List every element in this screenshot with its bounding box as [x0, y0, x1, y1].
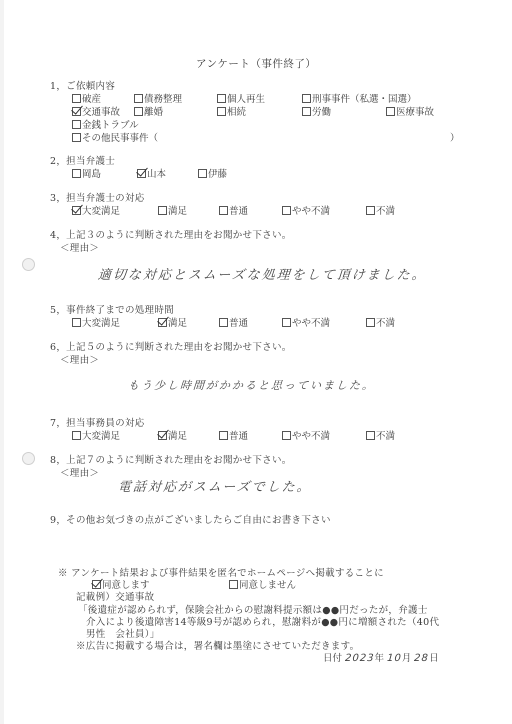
date-month[interactable]: 10: [387, 652, 403, 666]
q1-label: 1，ご依頼内容: [50, 81, 115, 93]
checkbox: [219, 431, 228, 440]
checkbox: [282, 318, 291, 327]
q7-option-neutral[interactable]: 普通: [219, 431, 248, 443]
date-year-unit: 年: [375, 653, 385, 664]
example-line-2: 介入により後遺障害14等級9号が認められ，慰謝料が●●円に増額された（40代: [86, 617, 439, 629]
q4-handwritten-answer[interactable]: 適切な対応とスムーズな処理をして頂けました。: [97, 264, 427, 283]
checkbox: [302, 94, 311, 103]
date-day[interactable]: 28: [414, 652, 430, 666]
q7-option-very-satisfied[interactable]: 大変満足: [72, 431, 120, 443]
q1-option-money[interactable]: 金銭トラブル: [72, 120, 139, 132]
q4-reason-label: ＜理由＞: [60, 243, 99, 255]
checkbox: [219, 318, 228, 327]
checkbox: [72, 169, 81, 178]
q3-option-somewhat-dissatisfied[interactable]: やや不満: [282, 206, 330, 218]
checkbox: [134, 94, 143, 103]
checkbox-checked: [72, 107, 81, 116]
date-label: 日付: [323, 653, 342, 664]
q5-option-dissatisfied[interactable]: 不満: [366, 318, 395, 330]
checkbox: [72, 120, 81, 129]
example-heading: 記載例）交通事故: [76, 592, 154, 604]
ad-note: ※広告に掲載する場合は，署名欄は墨塗にさせていただきます。: [76, 641, 359, 653]
q7-option-dissatisfied[interactable]: 不満: [366, 431, 395, 443]
date-row: 日付 2023年 10月 28日: [323, 652, 439, 666]
date-year[interactable]: 2023: [345, 652, 375, 666]
q2-label: 2，担当弁護士: [50, 156, 115, 168]
q1-other-close-paren: ）: [450, 133, 460, 145]
checkbox: [72, 133, 81, 142]
checkbox: [366, 318, 375, 327]
q1-option-divorce[interactable]: 離婚: [134, 107, 163, 119]
checkbox: [386, 107, 395, 116]
checkbox-checked: [72, 206, 81, 215]
q8-reason-label: ＜理由＞: [60, 468, 99, 480]
q9-label: 9，その他お気づきの点がございましたらご自由にお書き下さい: [50, 515, 331, 527]
checkbox: [72, 94, 81, 103]
q7-option-somewhat-dissatisfied[interactable]: やや不満: [282, 431, 330, 443]
q3-option-very-satisfied[interactable]: 大変満足: [72, 206, 120, 218]
q1-option-debt[interactable]: 債務整理: [134, 94, 182, 106]
q1-option-labor[interactable]: 労働: [302, 107, 331, 119]
page-title: アンケート（事件終了）: [196, 56, 316, 71]
q2-option-okajima[interactable]: 岡島: [72, 169, 101, 181]
example-line-1: 「後遺症が認められず，保険会社からの慰謝料提示額は●●円だったが，弁護士: [78, 605, 428, 617]
q1-option-other[interactable]: その他民事事件（: [72, 133, 158, 145]
punch-hole: [22, 258, 35, 271]
q5-option-neutral[interactable]: 普通: [219, 318, 248, 330]
checkbox: [198, 169, 207, 178]
q2-option-yamamoto[interactable]: 山本: [137, 169, 166, 181]
q3-option-dissatisfied[interactable]: 不満: [366, 206, 395, 218]
checkbox: [229, 580, 238, 589]
q5-option-very-satisfied[interactable]: 大変満足: [72, 318, 120, 330]
checkbox: [366, 206, 375, 215]
consent-option-disagree[interactable]: 同意しません: [229, 580, 296, 592]
checkbox: [72, 318, 81, 327]
consent-option-agree[interactable]: 同意します: [92, 580, 150, 592]
checkbox: [282, 206, 291, 215]
q4-label: 4，上記３のように判断された理由をお聞かせ下さい。: [50, 230, 292, 242]
checkbox-checked: [137, 169, 146, 178]
checkbox: [72, 431, 81, 440]
checkbox: [158, 206, 167, 215]
checkbox-checked: [158, 431, 167, 440]
checkbox-checked: [158, 318, 167, 327]
q6-label: 6，上記５のように判断された理由をお聞かせ下さい。: [50, 342, 292, 354]
q2-option-ito[interactable]: 伊藤: [198, 169, 227, 181]
q1-option-inheritance[interactable]: 相続: [217, 107, 246, 119]
checkbox: [217, 94, 226, 103]
q5-label: 5，事件終了までの処理時間: [50, 305, 174, 317]
date-month-unit: 月: [402, 653, 412, 664]
q7-label: 7，担当事務員の対応: [50, 418, 145, 430]
q7-option-satisfied[interactable]: 満足: [158, 431, 187, 443]
scan-edge: [0, 0, 4, 724]
q1-option-medical[interactable]: 医療事故: [386, 107, 434, 119]
q5-option-satisfied[interactable]: 満足: [158, 318, 187, 330]
checkbox: [282, 431, 291, 440]
checkbox: [134, 107, 143, 116]
checkbox-checked: [92, 580, 101, 589]
q3-label: 3，担当弁護士の対応: [50, 193, 145, 205]
q1-option-traffic[interactable]: 交通事故: [72, 107, 120, 119]
q8-handwritten-answer[interactable]: 電話対応がスムーズでした。: [117, 476, 312, 495]
example-line-3: 男性 会社員）」: [86, 629, 160, 641]
checkbox: [219, 206, 228, 215]
checkbox: [217, 107, 226, 116]
q9-answer-area[interactable]: [72, 530, 472, 560]
q3-option-satisfied[interactable]: 満足: [158, 206, 187, 218]
q5-option-somewhat-dissatisfied[interactable]: やや不満: [282, 318, 330, 330]
q1-option-personal-rehab[interactable]: 個人再生: [217, 94, 265, 106]
checkbox: [302, 107, 311, 116]
q1-option-criminal[interactable]: 刑事事件（私選・国選）: [302, 94, 417, 106]
q8-label: 8，上記７のように判断された理由をお聞かせ下さい。: [50, 455, 292, 467]
q3-option-neutral[interactable]: 普通: [219, 206, 248, 218]
consent-note: ※ アンケート結果および事件結果を匿名でホームページへ掲載することに: [58, 568, 384, 580]
checkbox: [366, 431, 375, 440]
q6-handwritten-answer[interactable]: もう少し時間がかかると思っていました。: [127, 377, 375, 393]
punch-hole: [22, 452, 35, 465]
q6-reason-label: ＜理由＞: [60, 355, 99, 367]
date-day-unit: 日: [429, 653, 439, 664]
